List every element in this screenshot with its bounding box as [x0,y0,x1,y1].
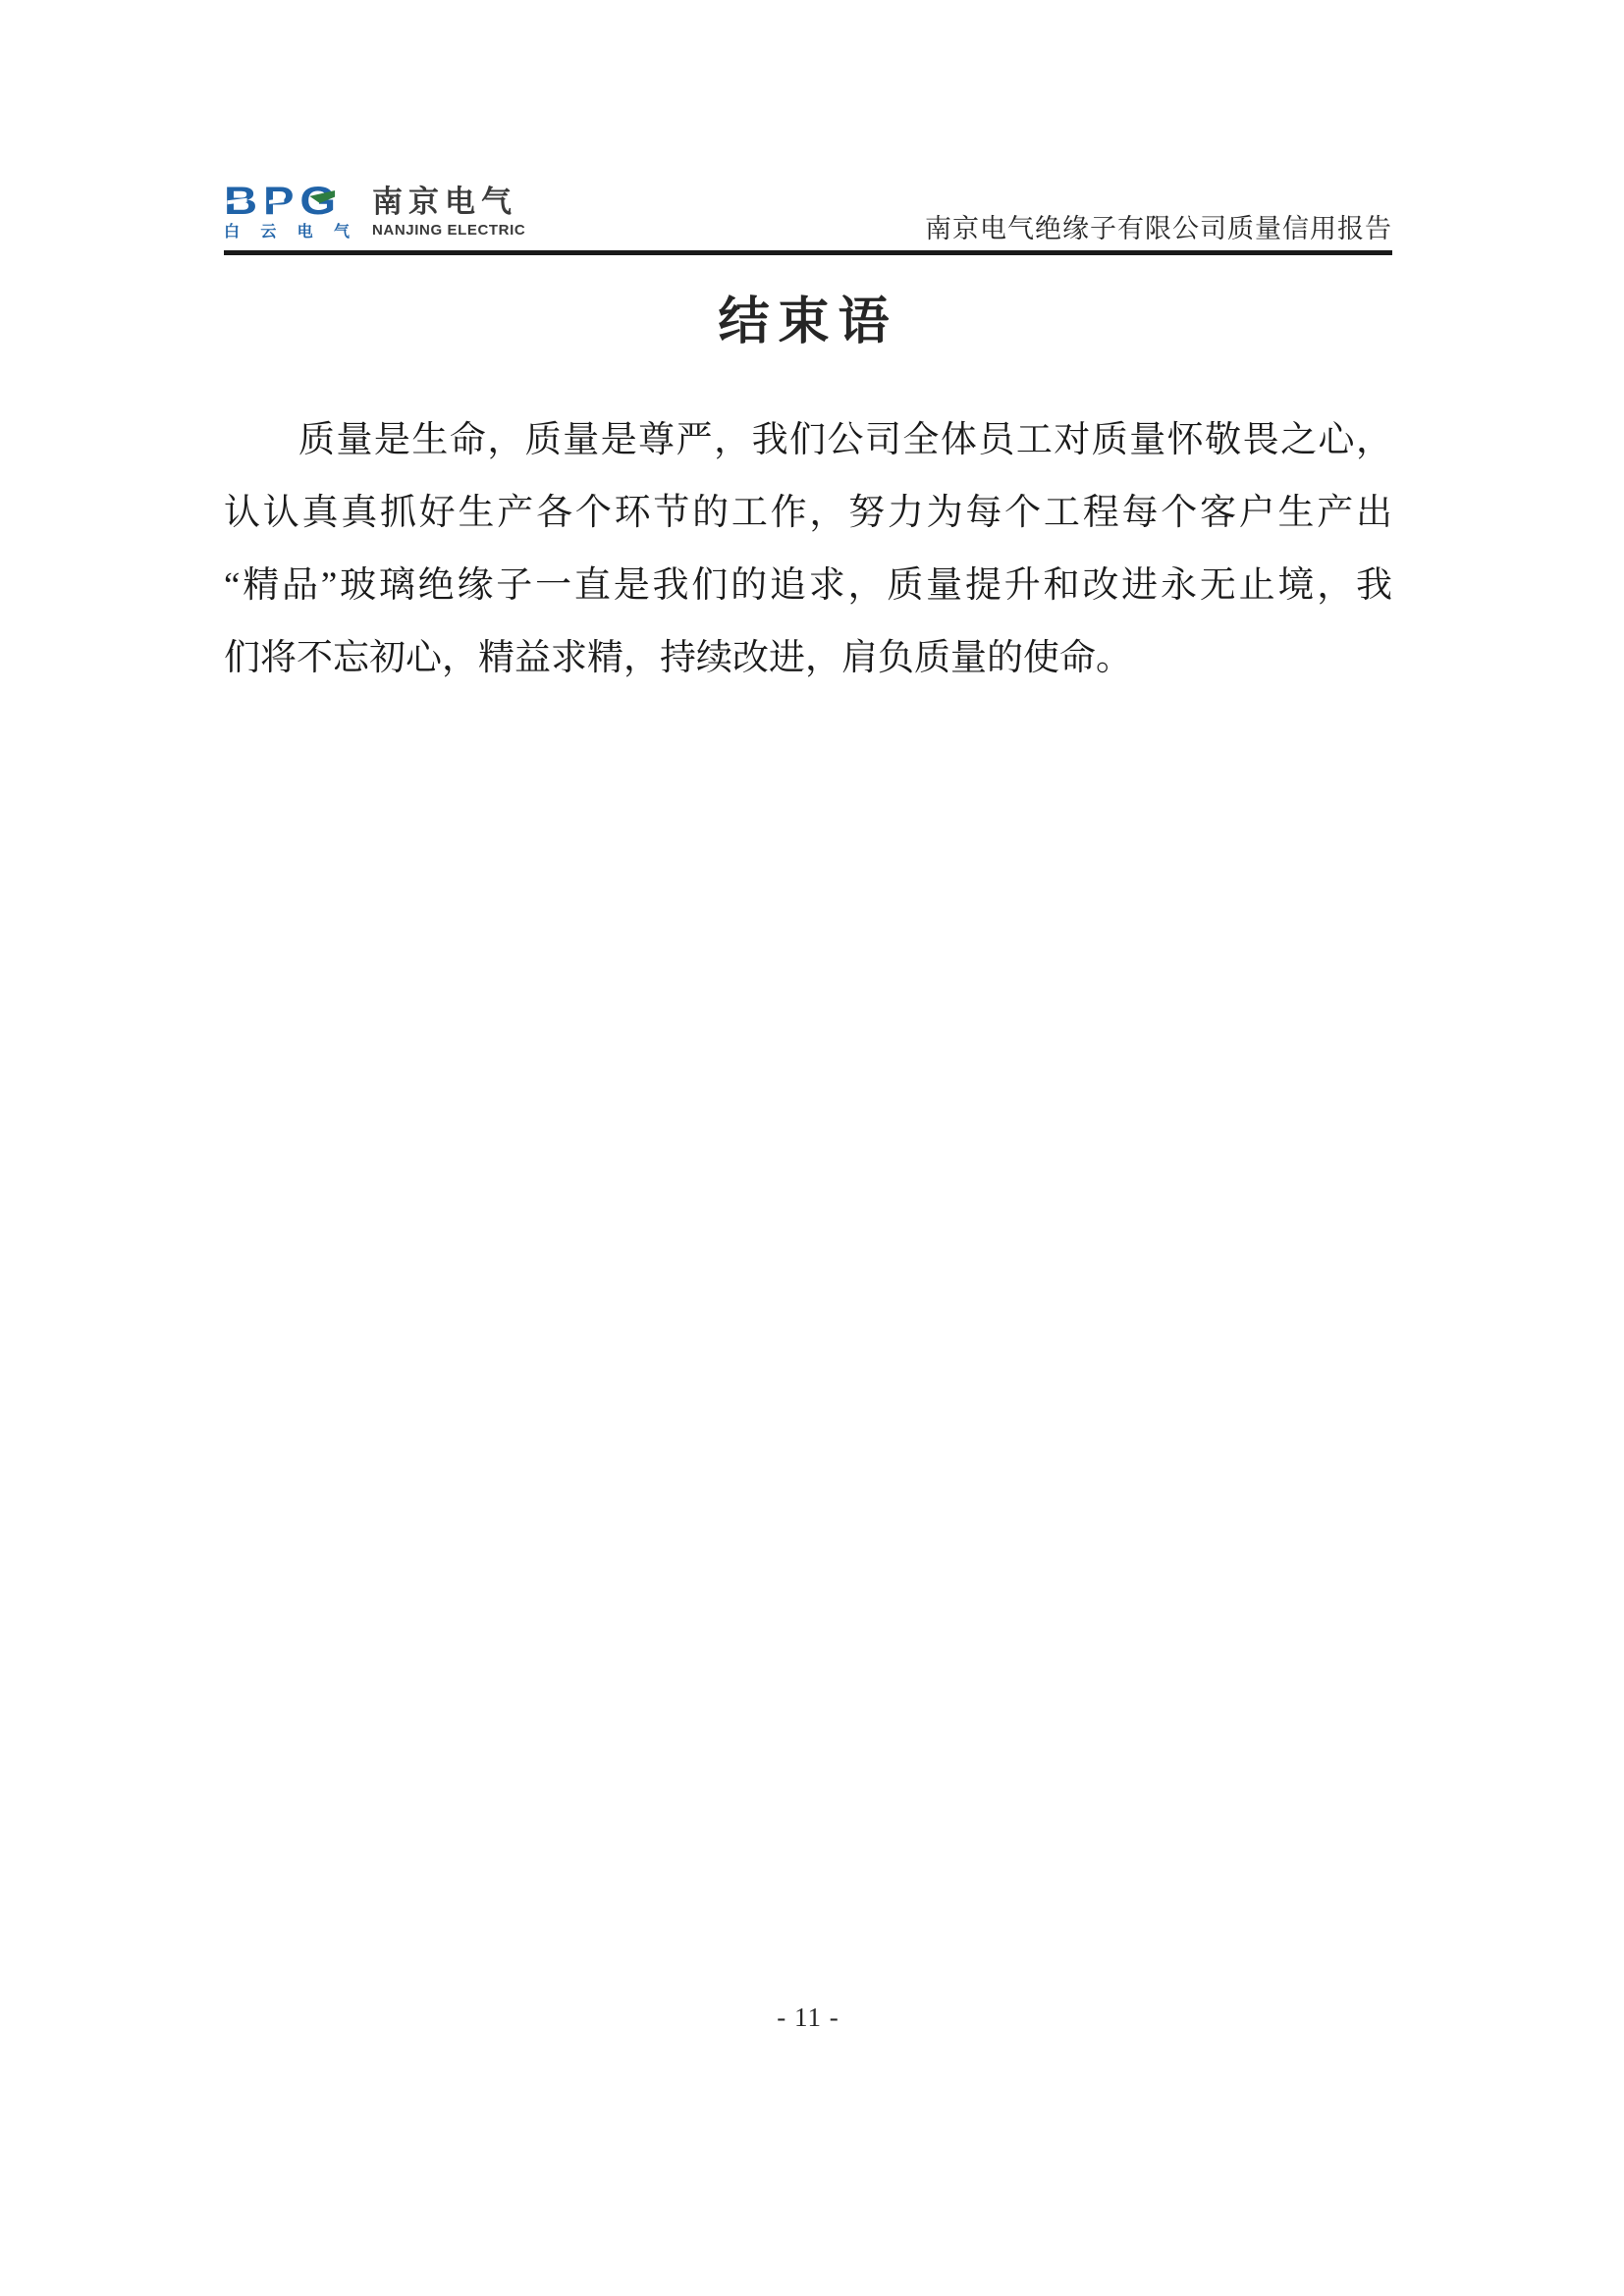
report-page: BPG 白 云 电 气 南京电气 NANJING ELECTRIC 南京电气绝缘… [0,0,1624,2296]
body-paragraph: 质量是生命，质量是尊严，我们公司全体员工对质量怀敬畏之心， 认认真真抓好生产各个… [224,404,1392,695]
paragraph-line: 质量是生命，质量是尊严，我们公司全体员工对质量怀敬畏之心， [224,404,1392,477]
paragraph-line: 们将不忘初心，精益求精，持续改进，肩负质量的使命。 [224,622,1392,695]
section-title: 结束语 [224,288,1392,356]
header-report-title: 南京电气绝缘子有限公司质量信用报告 [224,213,1392,244]
paragraph-line: “精品”玻璃绝缘子一直是我们的追求，质量提升和改进永无止境，我 [224,550,1392,622]
page-footer: - 11 - [224,2002,1392,2032]
header-divider [224,250,1392,255]
page-number: - 11 - [777,2002,839,2032]
paragraph-line: 认认真真抓好生产各个环节的工作，努力为每个工程每个客户生产出 [224,477,1392,550]
